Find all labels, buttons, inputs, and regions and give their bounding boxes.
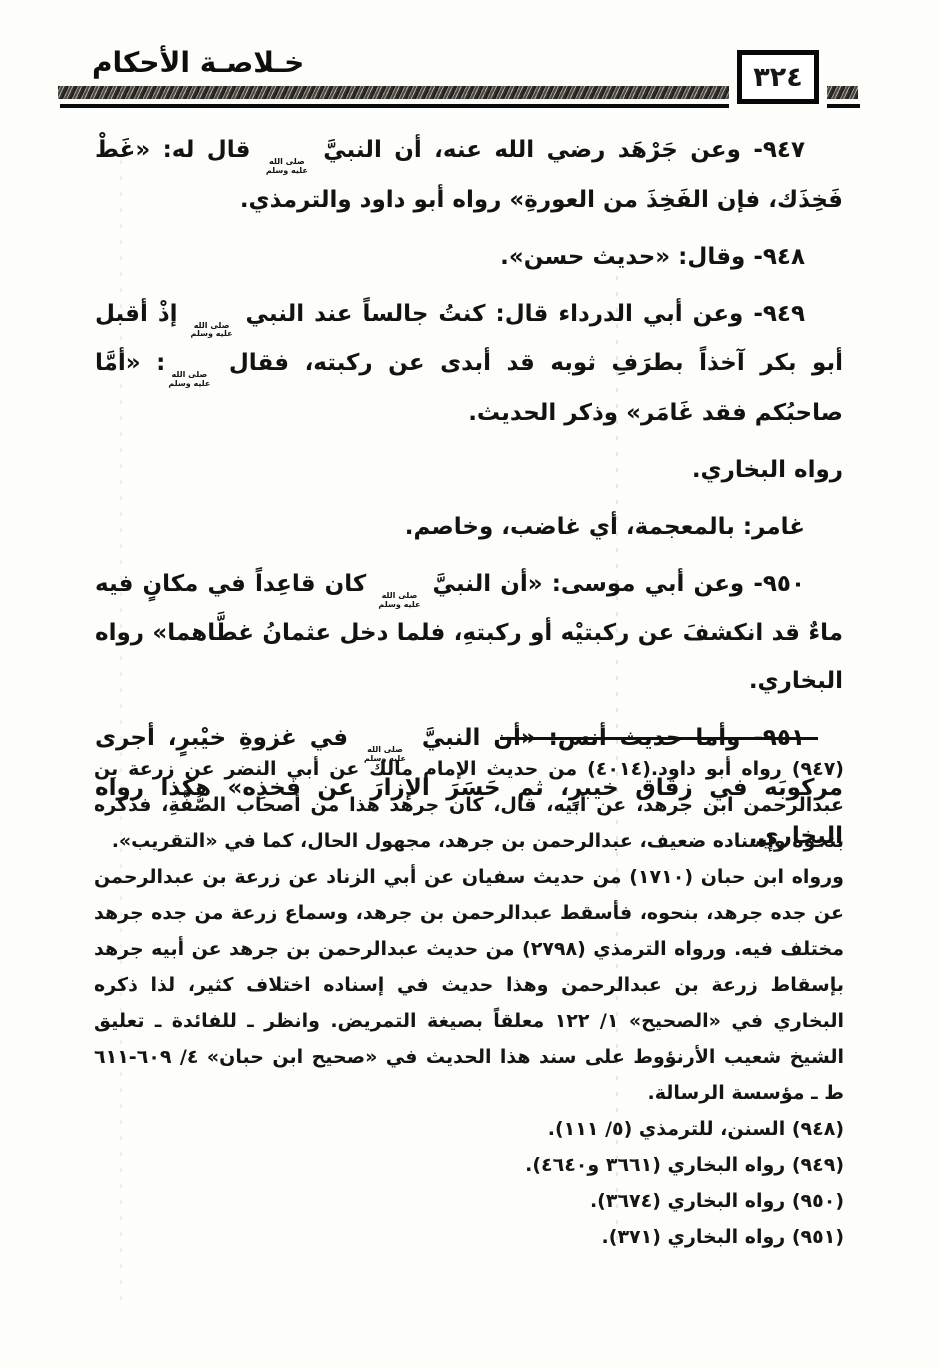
- hadith-948: ٩٤٨- وقال: «حديث حسن».: [95, 233, 843, 281]
- footnote-947-part2: ورواه ابن حبان (١٧١٠) من حديث سفيان عن أ…: [94, 859, 844, 1111]
- pbuh-ligature-icon: صلى اللهعليه وسلم: [191, 322, 233, 340]
- pbuh-ligature-icon: صلى اللهعليه وسلم: [378, 592, 420, 610]
- book-page: خـلاصـة الأحكام ٣٢٤ ٩٤٧- وعن جَرْهَد رضي…: [0, 0, 940, 1369]
- pbuh-ligature-icon: صلى اللهعليه وسلم: [168, 371, 210, 389]
- footnote-separator: [500, 737, 818, 740]
- gloss-ghamir: غامر: بالمعجمة، أي غاضب، وخاصم.: [95, 503, 843, 551]
- footnote-949: (٩٤٩) رواه البخاري (٣٦٦١ و٤٦٤٠).: [94, 1147, 844, 1183]
- header-rule: [60, 104, 860, 108]
- footnote-951: (٩٥١) رواه البخاري (٣٧١).: [94, 1219, 844, 1255]
- page-number-box: ٣٢٤: [737, 50, 819, 104]
- pbuh-ligature-icon: صلى اللهعليه وسلم: [266, 158, 308, 176]
- footnote-948: (٩٤٨) السنن، للترمذي (٥/ ١١١).: [94, 1111, 844, 1147]
- hadith-947: ٩٤٧- وعن جَرْهَد رضي الله عنه، أن النبيَ…: [95, 126, 843, 224]
- footnote-950: (٩٥٠) رواه البخاري (٣٦٧٤).: [94, 1183, 844, 1219]
- footnote-947-part1: (٩٤٧) رواه أبو داود.(٤٠١٤) من حديث الإما…: [94, 751, 844, 859]
- hadith-950: ٩٥٠- وعن أبي موسى: «أن النبيَّ صلى اللهع…: [95, 560, 843, 706]
- hadith-949: ٩٤٩- وعن أبي الدرداء قال: كنتُ جالساً عن…: [95, 290, 843, 437]
- footnotes: (٩٤٧) رواه أبو داود.(٤٠١٤) من حديث الإما…: [94, 751, 844, 1255]
- book-title: خـلاصـة الأحكام: [92, 46, 304, 79]
- page-number: ٣٢٤: [753, 62, 802, 93]
- hadith-949-source: رواه البخاري.: [95, 446, 843, 494]
